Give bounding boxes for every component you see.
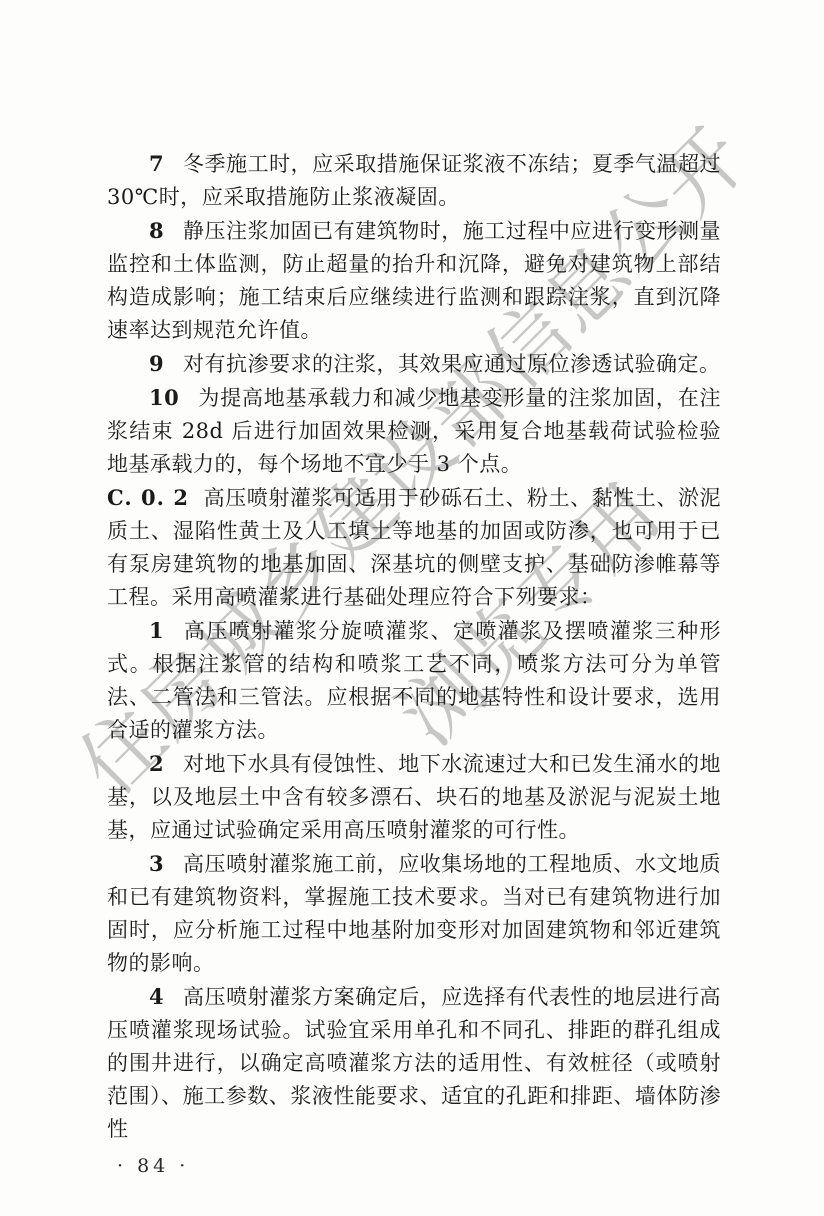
clause-text: 高压喷射灌浆可适用于砂砾石土、粉土、黏性土、淤泥质土、湿陷性黄土及人工填土等地基…: [107, 486, 721, 609]
item-number: 9: [149, 351, 164, 376]
clause-item-9: 9对有抗渗要求的注浆，其效果应通过原位渗透试验确定。: [107, 347, 721, 381]
item-text: 对地下水具有侵蚀性、地下水流速过大和已发生涌水的地基，以及地层土中含有较多漂石、…: [107, 752, 721, 842]
clause-item-8: 8静压注浆加固已有建筑物时，施工过程中应进行变形测量监控和土体监测，防止超量的抬…: [107, 214, 721, 347]
clause-item-2: 2对地下水具有侵蚀性、地下水流速过大和已发生涌水的地基，以及地层土中含有较多漂石…: [107, 747, 721, 847]
document-body: 7冬季施工时，应采取措施保证浆液不冻结；夏季气温超过30℃时，应采取措施防止浆液…: [107, 147, 721, 1177]
clause-item-3: 3高压喷射灌浆施工前，应收集场地的工程地质、水文地质和已有建筑物资料，掌握施工技…: [107, 847, 721, 980]
scanned-document-page: 住房城乡建设部信息公开 浏览专用 7冬季施工时，应采取措施保证浆液不冻结；夏季气…: [0, 0, 824, 1216]
item-number: 3: [149, 851, 164, 876]
clause-item-1: 1高压喷射灌浆分旋喷灌浆、定喷灌浆及摆喷灌浆三种形式。根据注浆管的结构和喷浆工艺…: [107, 614, 721, 747]
item-text: 静压注浆加固已有建筑物时，施工过程中应进行变形测量监控和土体监测，防止超量的抬升…: [107, 219, 721, 342]
clause-C-0-2: C. 0. 2高压喷射灌浆可适用于砂砾石土、粉土、黏性土、淤泥质土、湿陷性黄土及…: [107, 481, 721, 614]
item-text: 高压喷射灌浆分旋喷灌浆、定喷灌浆及摆喷灌浆三种形式。根据注浆管的结构和喷浆工艺不…: [107, 619, 721, 742]
item-number: 2: [149, 751, 164, 776]
item-number: 10: [149, 385, 179, 410]
item-text: 对有抗渗要求的注浆，其效果应通过原位渗透试验确定。: [183, 352, 721, 376]
item-number: 8: [149, 218, 164, 243]
clause-item-4: 4高压喷射灌浆方案确定后，应选择有代表性的地层进行高压喷灌浆现场试验。试验宜采用…: [107, 980, 721, 1146]
item-text: 高压喷射灌浆施工前，应收集场地的工程地质、水文地质和已有建筑物资料，掌握施工技术…: [107, 852, 721, 975]
item-number: 4: [149, 984, 164, 1009]
clause-item-10: 10为提高地基承载力和减少地基变形量的注浆加固，在注浆结束 28d 后进行加固效…: [107, 381, 721, 481]
item-text: 冬季施工时，应采取措施保证浆液不冻结；夏季气温超过30℃时，应采取措施防止浆液凝…: [107, 152, 721, 209]
item-text: 为提高地基承载力和减少地基变形量的注浆加固，在注浆结束 28d 后进行加固效果检…: [107, 386, 721, 476]
clause-number: C. 0. 2: [107, 485, 189, 510]
item-number: 7: [149, 151, 164, 176]
item-number: 1: [149, 618, 164, 643]
item-text: 高压喷射灌浆方案确定后，应选择有代表性的地层进行高压喷灌浆现场试验。试验宜采用单…: [107, 985, 721, 1141]
page-number: · 84 ·: [107, 1155, 721, 1177]
clause-item-7: 7冬季施工时，应采取措施保证浆液不冻结；夏季气温超过30℃时，应采取措施防止浆液…: [107, 147, 721, 214]
